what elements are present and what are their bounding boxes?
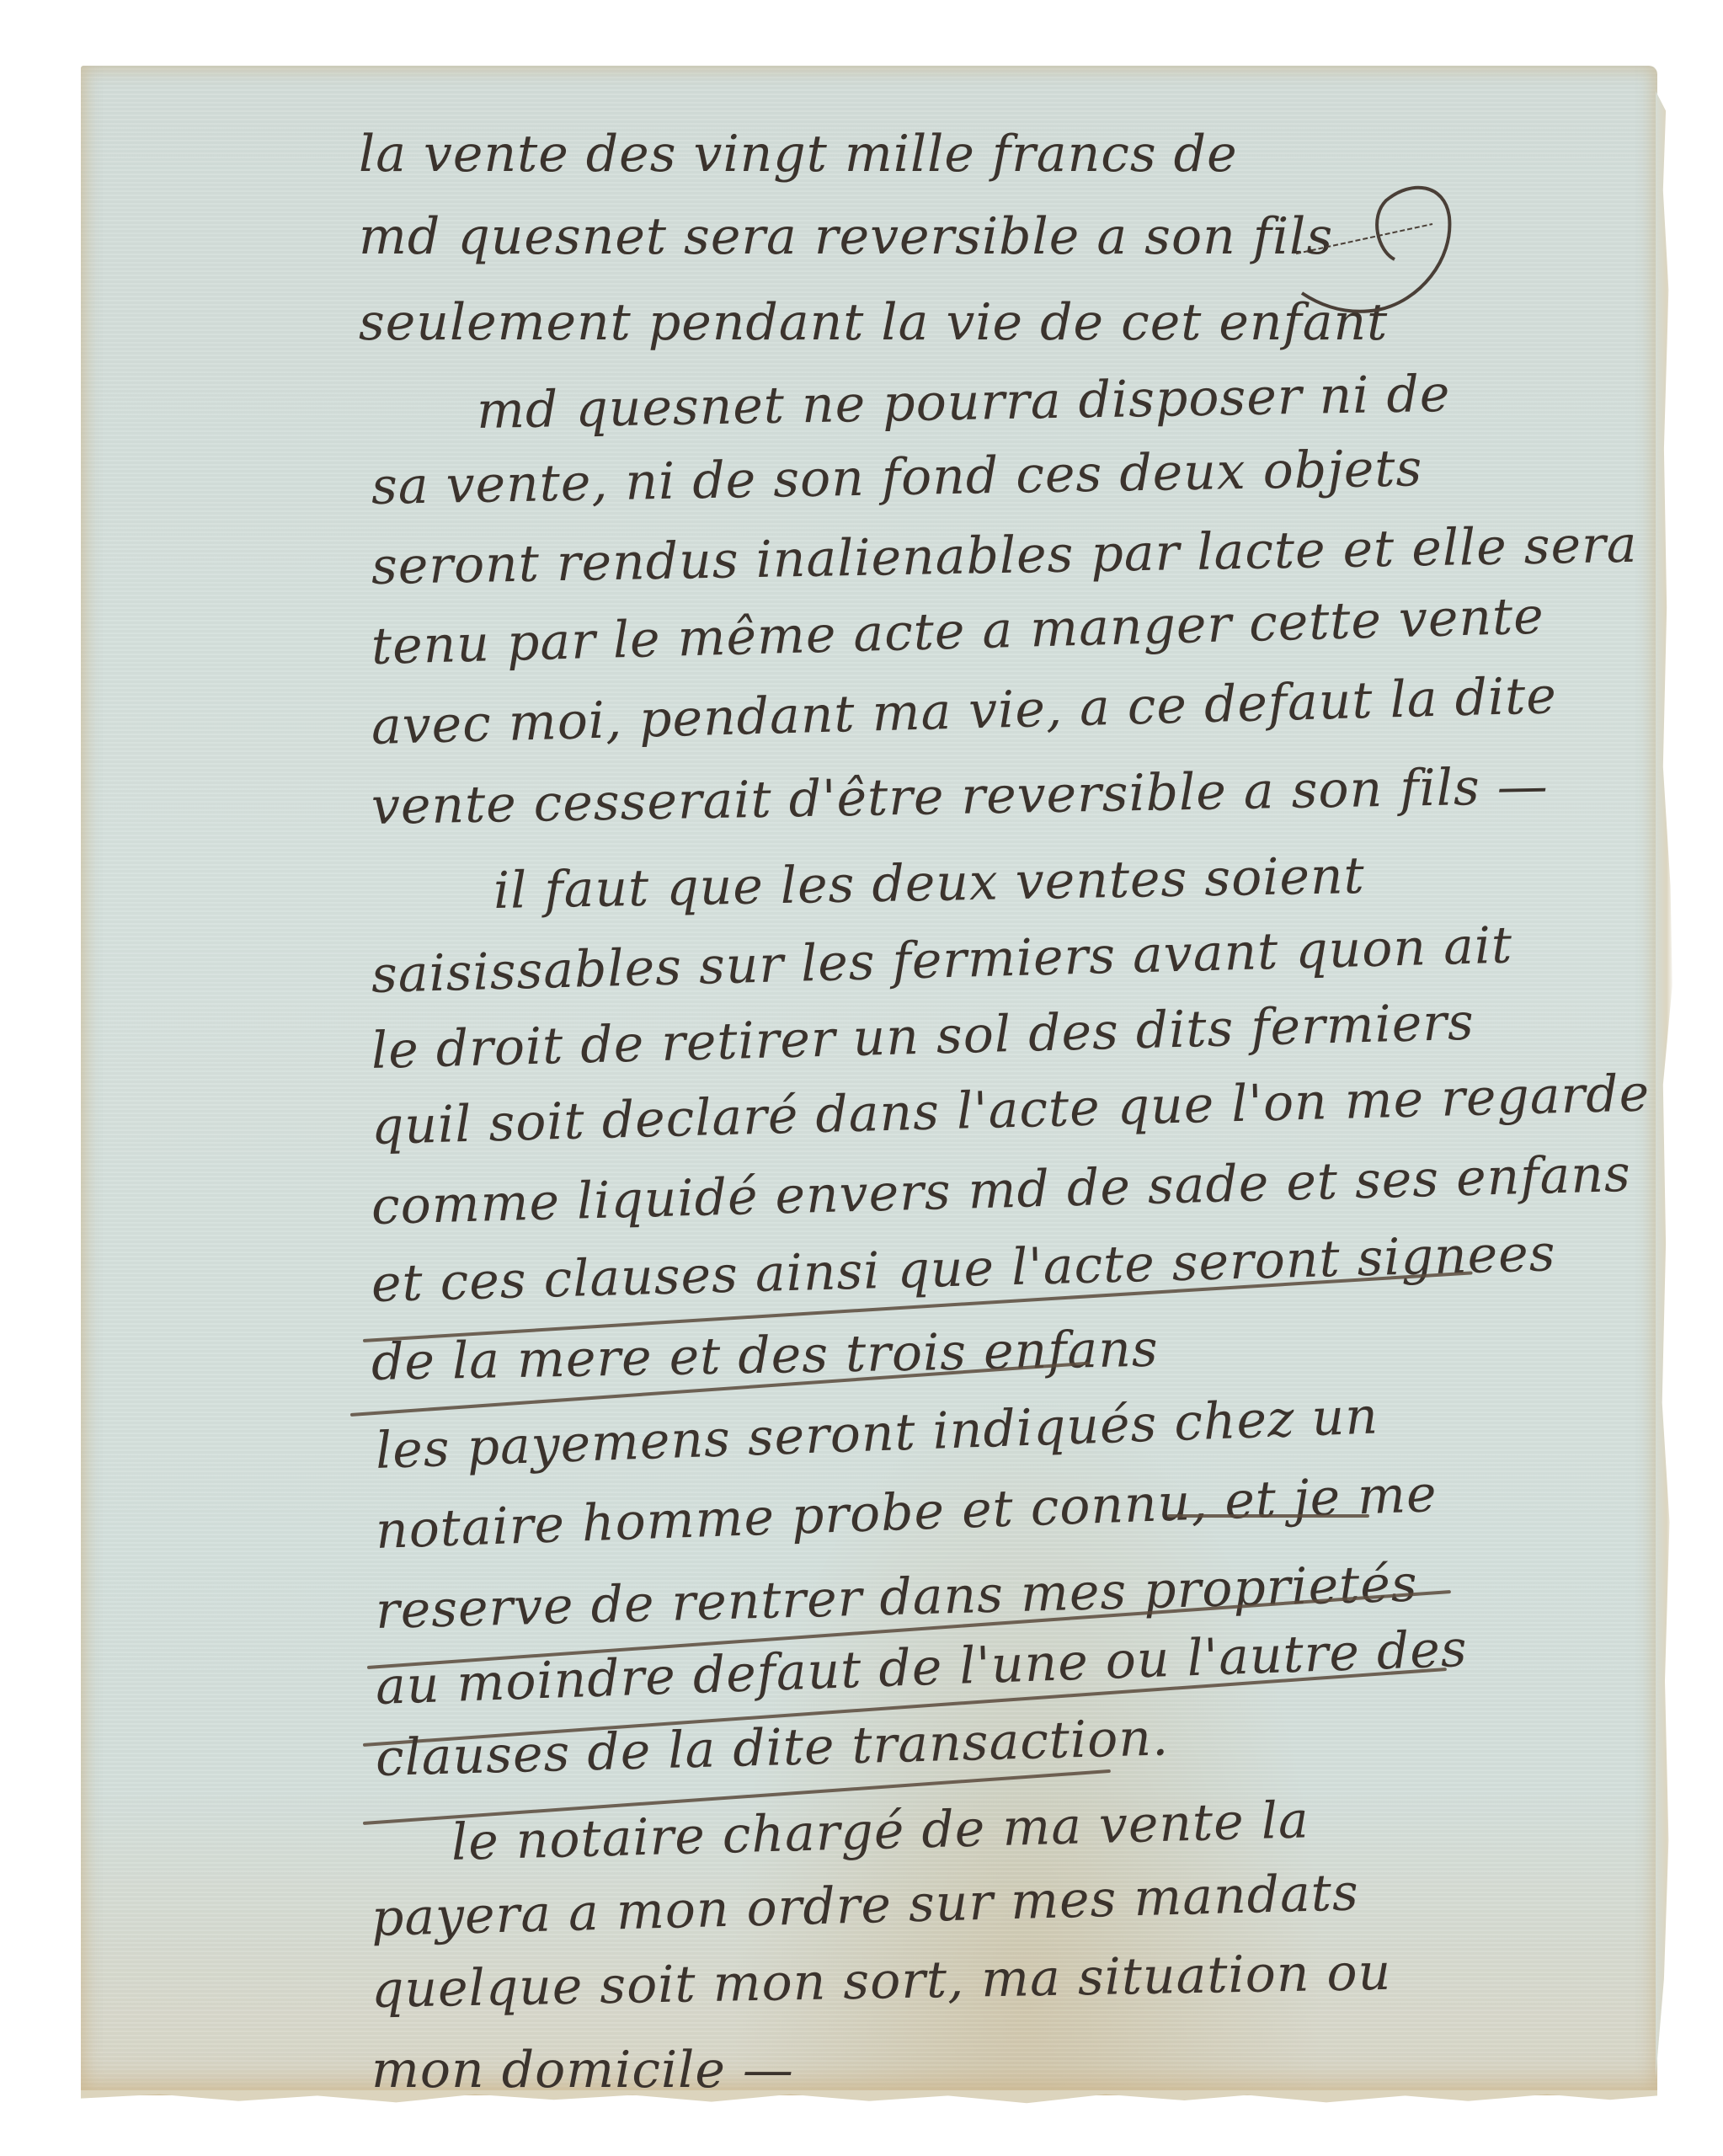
manuscript-line: saisissables sur les fermiers avant quon…: [371, 916, 1513, 1005]
manuscript-line: tenu par le même acte a manger cette ven…: [371, 587, 1544, 676]
manuscript-line: comme liquidé envers md de sade et ses e…: [371, 1145, 1631, 1236]
manuscript-line: la vente des vingt mille francs de: [359, 125, 1238, 184]
manuscript-line: seulement pendant la vie de cet enfant: [359, 293, 1388, 352]
manuscript-line: sa vente, ni de son fond ces deux objets: [371, 439, 1422, 516]
manuscript-line: md quesnet ne pourra disposer ni de: [476, 365, 1451, 440]
manuscript-line: md quesnet sera reversible a son fils: [359, 207, 1333, 266]
manuscript-line: vente cesserait d'être reversible a son …: [371, 757, 1549, 836]
manuscript-line: notaire homme probe et connu, et je me: [375, 1465, 1438, 1561]
manuscript-line: il faut que les deux ventes soient: [493, 846, 1365, 921]
manuscript-line: et ces clauses ainsi que l'acte seront s…: [371, 1224, 1556, 1314]
manuscript-line: seront rendus inalienables par lacte et …: [371, 515, 1638, 596]
manuscript-line: de la mere et des trois enfans: [371, 1320, 1159, 1392]
manuscript-sheet: la vente des vingt mille francs de md qu…: [81, 66, 1657, 2095]
manuscript-line: payera a mon ordre sur mes mandats: [371, 1863, 1359, 1948]
manuscript-line: mon domicile —: [371, 2041, 794, 2100]
underline-stroke: [1167, 1514, 1369, 1518]
manuscript-text: la vente des vingt mille francs de md qu…: [81, 66, 1657, 2095]
manuscript-line: le droit de retirer un sol des dits ferm…: [371, 993, 1475, 1081]
manuscript-line: quil soit declaré dans l'acte que l'on m…: [371, 1064, 1651, 1156]
manuscript-line: le notaire chargé de ma vente la: [451, 1790, 1310, 1872]
manuscript-line: quelque soit mon sort, ma situation ou: [371, 1943, 1391, 2020]
paraph-flourish-icon: [1294, 167, 1487, 335]
manuscript-line: avec moi, pendant ma vie, a ce defaut la…: [371, 666, 1558, 756]
